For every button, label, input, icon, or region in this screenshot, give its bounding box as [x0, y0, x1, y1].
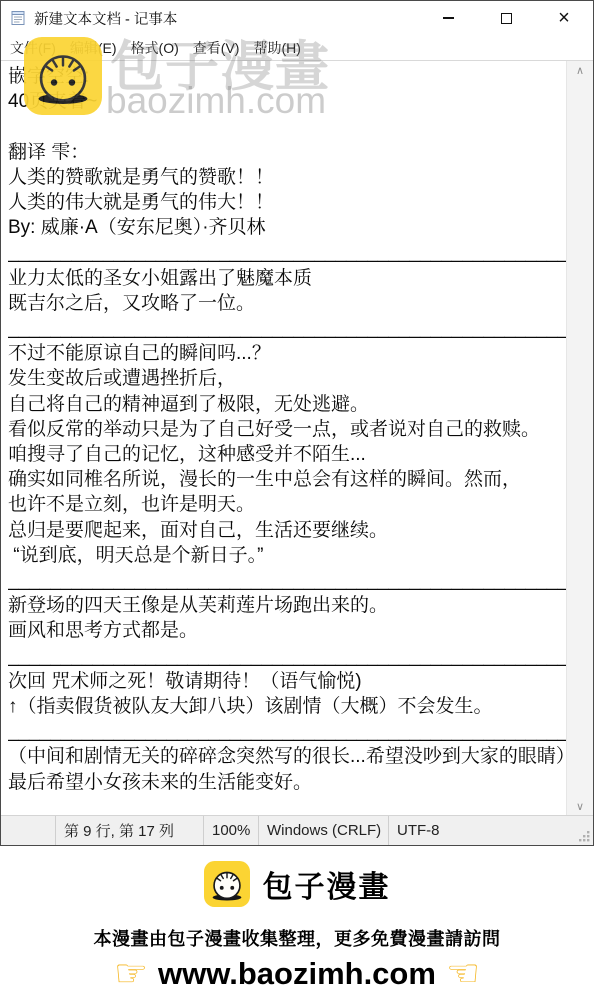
- window-controls: ×: [419, 1, 593, 35]
- menu-format[interactable]: 格式(O): [124, 35, 186, 60]
- notepad-window: 新建文本文档 - 记事本 × 文件(F)编辑(E)格式(O)查看(V)帮助(H)…: [0, 0, 594, 846]
- editor-line: ________________________________________…: [8, 240, 566, 265]
- editor-line: 人类的赞歌就是勇气的赞歌！！: [8, 165, 566, 190]
- page: 新建文本文档 - 记事本 × 文件(F)编辑(E)格式(O)查看(V)帮助(H)…: [0, 0, 594, 994]
- status-line-ending: Windows (CRLF): [259, 816, 389, 845]
- footer-brand-row: 包子漫畫: [204, 861, 391, 907]
- scroll-down-icon[interactable]: ∨: [567, 797, 593, 815]
- editor-line: 自己将自己的精神逼到了极限，无处逃避。: [8, 392, 566, 417]
- editor-line: ________________________________________…: [8, 568, 566, 593]
- hand-pointing-right-icon: ☞: [114, 955, 148, 993]
- maximize-button[interactable]: [477, 1, 535, 35]
- editor-line: 看似反常的举动只是为了自己好受一点，或者说对自己的救赎。: [8, 417, 566, 442]
- editor-line: 确实如同椎名所说，漫长的一生中总会有这样的瞬间。然而，: [8, 467, 566, 492]
- minimize-button[interactable]: [419, 1, 477, 35]
- editor-line: 最后希望小女孩未来的生活能变好。: [8, 770, 566, 795]
- editor-line: 嵌字空空:: [8, 64, 566, 89]
- footer-tagline: 本漫畫由包子漫畫收集整理，更多免費漫畫請訪問: [94, 925, 501, 951]
- scroll-up-icon[interactable]: ∧: [567, 61, 593, 79]
- editor-line: “说到底，明天总是个新日子。”: [8, 543, 566, 568]
- status-bar: 第 9 行, 第 17 列 100% Windows (CRLF) UTF-8: [1, 815, 593, 845]
- status-zoom-level: 100%: [204, 816, 259, 845]
- editor-line: ________________________________________…: [8, 719, 566, 744]
- menu-view[interactable]: 查看(V): [186, 35, 247, 60]
- status-cursor-position: 第 9 行, 第 17 列: [56, 816, 204, 845]
- window-title: 新建文本文档 - 记事本: [34, 8, 419, 29]
- editor-line: 咱搜寻了自己的记忆，这种感受并不陌生...: [8, 442, 566, 467]
- menu-edit[interactable]: 编辑(E): [63, 35, 124, 60]
- footer-url-row: ☞ www.baozimh.com ☜: [114, 955, 480, 993]
- editor-line: 人类的伟大就是勇气的伟大！！: [8, 190, 566, 215]
- title-bar: 新建文本文档 - 记事本 ×: [1, 1, 593, 35]
- footer-banner: 包子漫畫 本漫畫由包子漫畫收集整理，更多免費漫畫請訪問 ☞ www.baozim…: [0, 847, 594, 994]
- maximize-icon: [501, 13, 512, 24]
- editor-line: ________________________________________…: [8, 316, 566, 341]
- footer-brand-name: 包子漫畫: [263, 862, 391, 906]
- editor-text[interactable]: 嵌字空空:40页夹着~翻译 雫：人类的赞歌就是勇气的赞歌！！人类的伟大就是勇气的…: [1, 61, 566, 815]
- baozi-logo-icon: [204, 861, 250, 907]
- menu-help[interactable]: 帮助(H): [246, 35, 307, 60]
- vertical-scrollbar[interactable]: ∧ ∨: [566, 61, 593, 815]
- editor-line: 业力太低的圣女小姐露出了魅魔本质: [8, 266, 566, 291]
- editor-line: 既吉尔之后，又攻略了一位。: [8, 291, 566, 316]
- editor-line: ↑（指卖假货被队友大卸八块）该剧情（大概）不会发生。: [8, 694, 566, 719]
- close-button[interactable]: ×: [535, 1, 593, 35]
- status-spacer: [1, 816, 56, 845]
- status-encoding: UTF-8: [389, 816, 593, 845]
- close-icon: ×: [558, 8, 570, 28]
- footer-url: www.baozimh.com: [158, 956, 436, 992]
- hand-pointing-left-icon: ☜: [446, 955, 480, 993]
- resize-grip-icon: [578, 830, 591, 843]
- notepad-icon: [10, 10, 26, 26]
- menu-file[interactable]: 文件(F): [3, 35, 63, 60]
- editor-line: 新登场的四天王像是从芙莉莲片场跑出来的。: [8, 593, 566, 618]
- editor-line: 画风和思考方式都是。: [8, 618, 566, 643]
- editor-line: 40页夹着~: [8, 89, 566, 114]
- editor-line: 发生变故后或遭遇挫折后，: [8, 366, 566, 391]
- editor-line: 总归是要爬起来，面对自己，生活还要继续。: [8, 518, 566, 543]
- editor-line: 不过不能原谅自己的瞬间吗...？: [8, 341, 566, 366]
- editor-line: 翻译 雫：: [8, 140, 566, 165]
- editor-line: 次回 咒术师之死！敬请期待！（语气愉悦): [8, 669, 566, 694]
- editor-area: 嵌字空空:40页夹着~翻译 雫：人类的赞歌就是勇气的赞歌！！人类的伟大就是勇气的…: [1, 61, 593, 815]
- minimize-icon: [443, 17, 454, 18]
- editor-line: [8, 114, 566, 139]
- editor-line: 也许不是立刻，也许是明天。: [8, 492, 566, 517]
- editor-line: （中间和剧情无关的碎碎念突然写的很长...希望没吵到大家的眼睛）: [8, 744, 566, 769]
- editor-line: By: 威廉·A（安东尼奥）·齐贝林: [8, 215, 566, 240]
- editor-line: ________________________________________…: [8, 644, 566, 669]
- menu-bar: 文件(F)编辑(E)格式(O)查看(V)帮助(H): [1, 35, 593, 61]
